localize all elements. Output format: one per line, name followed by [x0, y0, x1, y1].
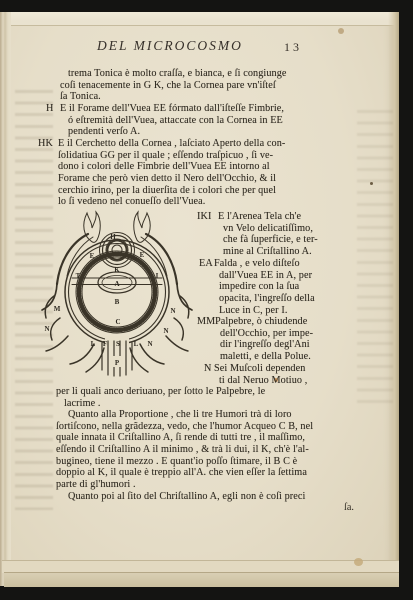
pupil-halo [100, 233, 135, 268]
text-line: cerchio irino, per la diuerſita de i col… [58, 185, 285, 197]
margin-label-HK: HK [38, 138, 53, 150]
text-line: parte di gl'humori . [56, 479, 313, 491]
figure-label-L: L [134, 340, 139, 348]
text-line: dir l'ingreſſo degl'Ani [220, 339, 313, 351]
text-line: E l'Arenea Tela ch'e [218, 211, 318, 223]
margin-label-EA: EA [199, 258, 213, 270]
text-line: Sei Muſcoli dependen [214, 363, 307, 375]
text-line: ti dal Neruo Motiuo , [219, 375, 307, 387]
text-line: impedire con la ſua [219, 281, 315, 293]
entry-N-continuation: per li quali anco deriuano, per ſotto le… [56, 386, 265, 409]
text-line: opacita, l'ingreſſo della [219, 293, 315, 305]
lash-hook [46, 336, 68, 351]
entry-N-text: Sei Muſcoli dependenti dal Neruo Motiuo … [214, 363, 307, 386]
text-line: coſi tenacemente in G K, che la Cornea p… [60, 80, 287, 92]
figure-label-M: M [54, 305, 61, 313]
text-line: Falda , e velo diſteſo [214, 258, 315, 270]
ink-showthrough-right [357, 110, 393, 410]
figure-label-L: L [91, 340, 96, 348]
text-line: ſortiſcono, nella grãdezza, vedo, che l'… [56, 421, 313, 433]
text-line: doppio al K, il quale è treppio all'A. c… [56, 467, 313, 479]
figure-label-E: E [140, 251, 145, 259]
text-line: maletti, e della Polue. [220, 351, 313, 363]
pupil-dark [106, 239, 128, 261]
margin-label-N: N [204, 363, 211, 375]
text-line: pendenti verſo A. [68, 126, 284, 138]
text-line: dell'Occhio, per impe- [220, 328, 313, 340]
text-line: quale innata il Criſtallino A, ſi rende … [56, 432, 313, 444]
figure-label-A: A [114, 280, 119, 288]
figure-label-S: S [116, 340, 120, 348]
figure-label-C: C [115, 318, 120, 326]
entry-IKI-text: E l'Arenea Tela ch'evn Velo delicatiſſim… [218, 211, 318, 258]
text-line: Palpebre, ò chiudende [215, 316, 313, 328]
text-line: Forame che però vien detto il Nero dell'… [58, 173, 285, 185]
figure-label-N: N [163, 327, 168, 335]
margin-label-IKI: IKI [197, 211, 211, 223]
text-line: dono i colori delle Fimbrie dell'Vuea EE… [58, 161, 285, 173]
entry-HK-text: E il Cerchetto della Cornea , laſciato A… [58, 138, 285, 208]
page-top-edge [6, 12, 399, 26]
text-line: E il Forame dell'Vuea EE fórmato dall'iſ… [60, 103, 284, 115]
paragraph-sito: Quanto poi al ſito del Chriſtallino A, e… [56, 491, 305, 503]
figure-label-P: P [115, 359, 120, 367]
lash-hook [166, 336, 188, 351]
figure-label-H: H [110, 233, 116, 241]
figure-label-E: E [90, 252, 95, 260]
lash-hook [51, 318, 60, 340]
text-line: ſa Tonica. [60, 91, 287, 103]
paragraph-proportione: Quanto alla Proportione , che li tre Hum… [56, 409, 313, 490]
binding-gutter-edge [0, 12, 11, 586]
figure-label-T: T [76, 272, 81, 280]
text-line: vn Velo delicatiſſimo, [223, 223, 318, 235]
text-line: lacrime . [64, 398, 265, 410]
margin-label-MM: MM [197, 316, 215, 328]
text-line: Quanto alla Proportione , che li tre Hum… [68, 409, 313, 421]
entry-MM-text: Palpebre, ò chiudendedell'Occhio, per im… [215, 316, 313, 363]
figure-label-I: I [156, 272, 159, 280]
text-line: eſſendo il Criſtallino A il minimo , & t… [56, 444, 313, 456]
text-line: per li quali anco deriuano, per ſotto le… [56, 386, 265, 398]
lash-hook [174, 318, 183, 340]
entry-EA-text: Falda , e velo diſteſodall'Vuea EE in A,… [214, 258, 315, 316]
running-header-title: DEL MICROCOSMO [97, 38, 243, 54]
catchword: ſa. [344, 502, 354, 513]
eye-diagram-woodcut: HEEKTIABCMNNNLFSLNP [36, 210, 208, 382]
text-line: che fà ſuperficie, e ter- [223, 234, 318, 246]
text-line: E il Cerchetto della Cornea , laſciato A… [58, 138, 285, 150]
figure-label-N: N [170, 307, 175, 315]
text-line: ſolidatiua GG per il quale ; eſſendo tra… [58, 150, 285, 162]
paper-speck [370, 182, 373, 185]
paper-stain [338, 28, 344, 34]
figure-label-K: K [114, 266, 120, 274]
text-line: mine al Criſtallino A. [223, 246, 318, 258]
eyelid-curl-right [177, 284, 192, 310]
text-line: dall'Vuea EE in A, per [219, 270, 315, 282]
paragraph-continuation: trema Tonica è molto craſſa, e bianca, e… [60, 68, 287, 103]
figure-label-N: N [147, 340, 152, 348]
text-line: lo ſi vedeno nel conueſſo dell'Vuea. [58, 196, 285, 208]
figure-label-B: B [115, 298, 120, 306]
fore-edge-pages-lower [4, 572, 399, 587]
text-line: bugineo, tiene il mezzo . E quant'io poſ… [56, 456, 313, 468]
text-line: ó eſtremità dell'Vuea, attaccate con la … [68, 115, 284, 127]
margin-label-H: H [46, 103, 53, 115]
paper-stain [354, 558, 363, 566]
figure-label-N: N [44, 325, 49, 333]
page-number: 13 [284, 40, 302, 55]
text-line: trema Tonica è molto craſſa, e bianca, e… [68, 68, 287, 80]
text-line: Quanto poi al ſito del Chriſtallino A, e… [68, 491, 305, 503]
figure-label-F: F [103, 340, 107, 348]
text-line: Luce in C, per I. [219, 305, 315, 317]
entry-H-text: E il Forame dell'Vuea EE fórmato dall'iſ… [60, 103, 284, 138]
